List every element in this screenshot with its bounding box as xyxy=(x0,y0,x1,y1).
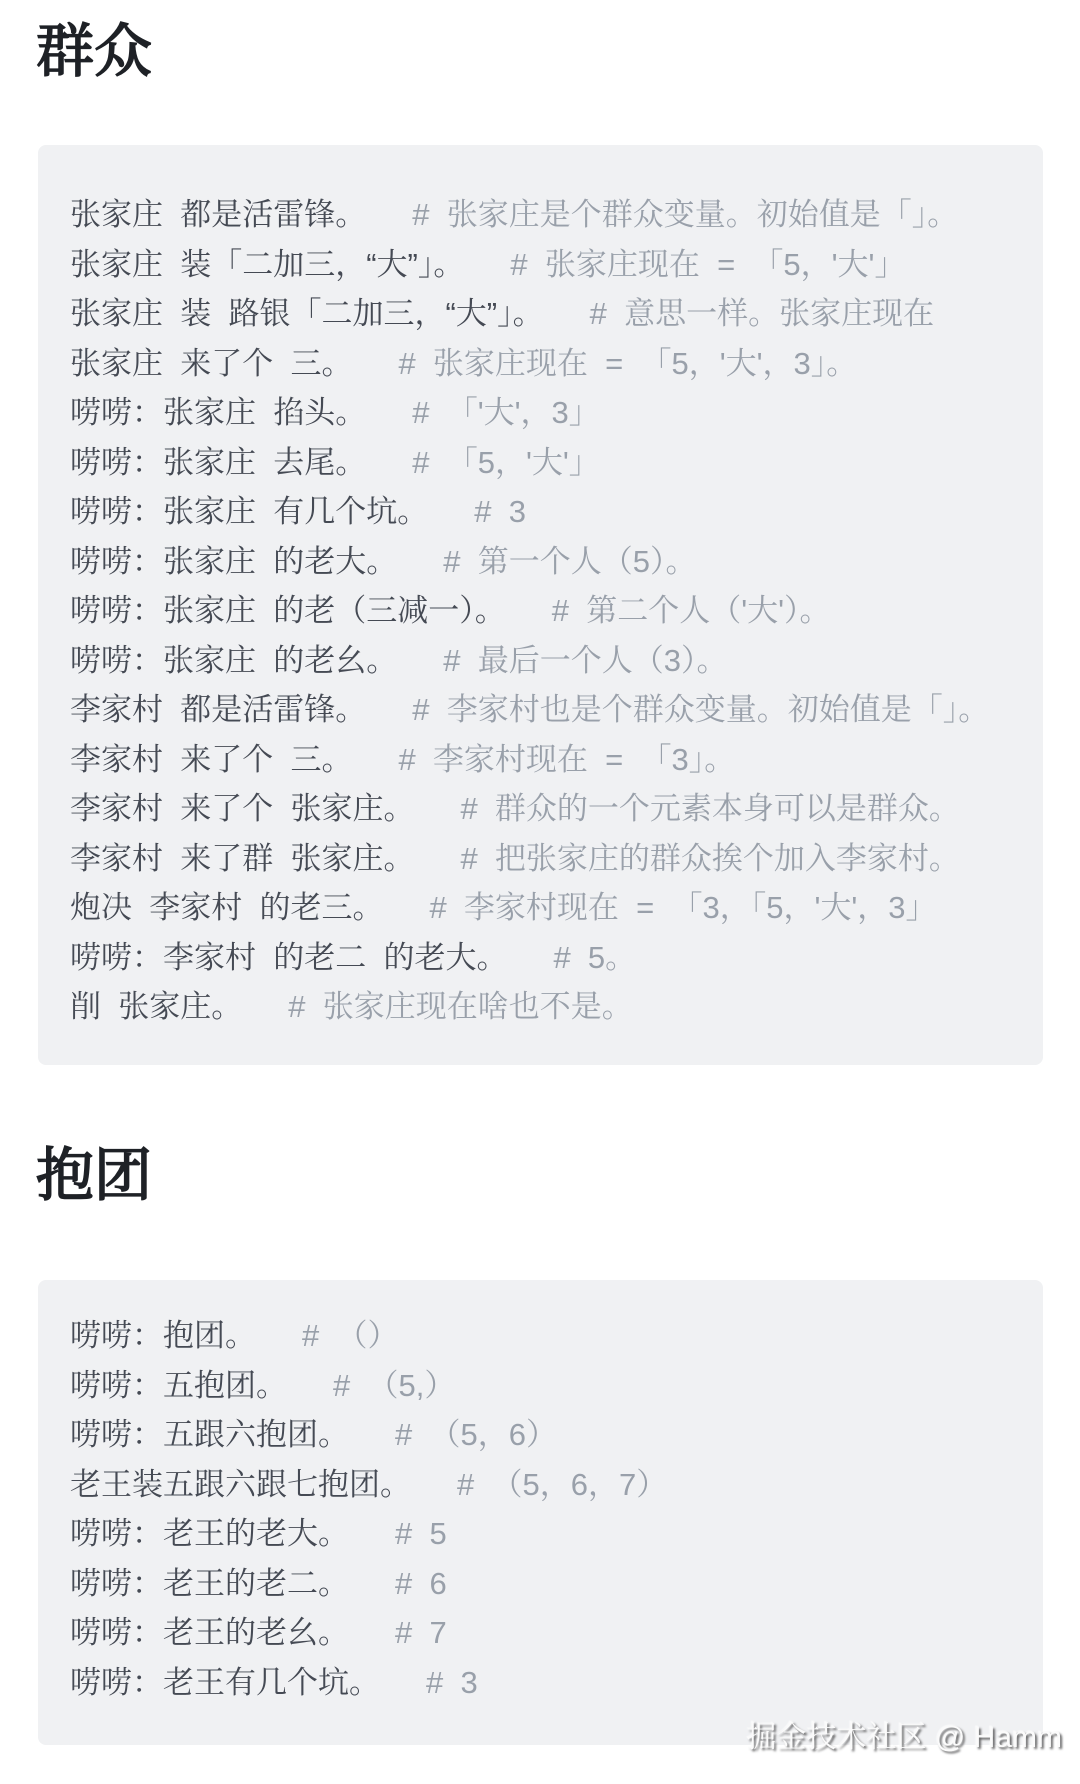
code-comment: # （5,） xyxy=(333,1368,455,1403)
code-comment: # 李家村也是个群众变量。初始值是「」。 xyxy=(412,692,989,727)
code-line: 李家村 都是活雷锋。# 李家村也是个群众变量。初始值是「」。 xyxy=(38,685,1043,735)
code-line: 老王装五跟六跟七抱团。# （5，6，7） xyxy=(38,1460,1043,1510)
code-statement: 唠唠：张家庄 的老大。 xyxy=(70,544,397,579)
code-statement: 唠唠：张家庄 去尾。 xyxy=(70,445,366,480)
code-statement: 张家庄 装 路银「二加三，“大”」。 xyxy=(70,296,544,331)
code-statement: 唠唠：李家村 的老二 的老大。 xyxy=(70,940,507,975)
code-statement: 老王装五跟六跟七抱团。 xyxy=(70,1467,411,1502)
code-statement: 唠唠：张家庄 的老（三减一）。 xyxy=(70,593,506,628)
code-statement: 削 张家庄。 xyxy=(70,989,242,1024)
code-line: 唠唠：张家庄 的老大。# 第一个人（5）。 xyxy=(38,537,1043,587)
code-comment: # 最后一个人（3）。 xyxy=(443,643,727,678)
code-comment: # 5。 xyxy=(553,940,636,975)
code-line: 唠唠：张家庄 掐头。# 「'大'，3」 xyxy=(38,388,1043,438)
code-line: 唠唠：老王的老大。# 5 xyxy=(38,1509,1043,1559)
code-block-qunzhong: 张家庄 都是活雷锋。# 张家庄是个群众变量。初始值是「」。张家庄 装「二加三，“… xyxy=(38,145,1043,1065)
code-line: 张家庄 装 路银「二加三，“大”」。# 意思一样。张家庄现在 xyxy=(38,289,1043,339)
code-line: 唠唠：抱团。# （） xyxy=(38,1311,1043,1361)
code-line: 张家庄 都是活雷锋。# 张家庄是个群众变量。初始值是「」。 xyxy=(38,190,1043,240)
code-comment: # 第一个人（5）。 xyxy=(443,544,696,579)
code-line: 唠唠：老王的老幺。# 7 xyxy=(38,1608,1043,1658)
code-comment: # 5 xyxy=(395,1516,447,1551)
code-comment: # 第二个人（'大'）。 xyxy=(552,593,831,628)
code-line: 唠唠：五跟六抱团。# （5，6） xyxy=(38,1410,1043,1460)
code-statement: 李家村 都是活雷锋。 xyxy=(70,692,366,727)
code-statement: 唠唠：抱团。 xyxy=(70,1318,256,1353)
code-comment: # 李家村现在 = 「3，「5，'大'，3」 xyxy=(429,890,936,925)
code-comment: # 「'大'，3」 xyxy=(412,395,600,430)
code-line: 李家村 来了个 张家庄。# 群众的一个元素本身可以是群众。 xyxy=(38,784,1043,834)
code-statement: 唠唠：张家庄 有几个坑。 xyxy=(70,494,428,529)
code-comment: # 3 xyxy=(474,494,526,529)
code-statement: 唠唠：五抱团。 xyxy=(70,1368,287,1403)
code-line: 李家村 来了个 三。# 李家村现在 = 「3」。 xyxy=(38,735,1043,785)
watermark: 掘金技术社区 @ Hamm xyxy=(747,1720,1062,1756)
code-comment: # 李家村现在 = 「3」。 xyxy=(398,742,735,777)
code-line: 唠唠：张家庄 去尾。# 「5，'大'」 xyxy=(38,438,1043,488)
code-line: 李家村 来了群 张家庄。# 把张家庄的群众挨个加入李家村。 xyxy=(38,834,1043,884)
code-line: 炮决 李家村 的老三。# 李家村现在 = 「3，「5，'大'，3」 xyxy=(38,883,1043,933)
code-line: 唠唠：老王有几个坑。# 3 xyxy=(38,1658,1043,1708)
code-statement: 唠唠：张家庄 掐头。 xyxy=(70,395,366,430)
code-line: 张家庄 装「二加三，“大”」。# 张家庄现在 = 「5，'大'」 xyxy=(38,240,1043,290)
code-statement: 张家庄 装「二加三，“大”」。 xyxy=(70,247,464,282)
code-line: 唠唠：老王的老二。# 6 xyxy=(38,1559,1043,1609)
section-title-baotuan: 抱团 xyxy=(36,1144,152,1208)
code-statement: 唠唠：老王的老大。 xyxy=(70,1516,349,1551)
code-comment: # 「5，'大'」 xyxy=(412,445,600,480)
code-statement: 李家村 来了个 三。 xyxy=(70,742,352,777)
section-title-qunzhong: 群众 xyxy=(36,20,152,84)
code-comment: # 把张家庄的群众挨个加入李家村。 xyxy=(460,841,959,876)
code-statement: 唠唠：老王的老二。 xyxy=(70,1566,349,1601)
code-statement: 炮决 李家村 的老三。 xyxy=(70,890,383,925)
code-line: 唠唠：张家庄 的老（三减一）。# 第二个人（'大'）。 xyxy=(38,586,1043,636)
code-statement: 李家村 来了群 张家庄。 xyxy=(70,841,414,876)
code-line: 削 张家庄。# 张家庄现在啥也不是。 xyxy=(38,982,1043,1032)
code-statement: 唠唠：老王的老幺。 xyxy=(70,1615,349,1650)
code-comment: # 张家庄现在 = 「5，'大'，3」。 xyxy=(398,346,857,381)
code-comment: # 张家庄现在啥也不是。 xyxy=(288,989,632,1024)
code-comment: # 7 xyxy=(395,1615,447,1650)
code-statement: 张家庄 来了个 三。 xyxy=(70,346,352,381)
code-line: 唠唠：李家村 的老二 的老大。# 5。 xyxy=(38,933,1043,983)
code-statement: 张家庄 都是活雷锋。 xyxy=(70,197,366,232)
code-statement: 唠唠：张家庄 的老幺。 xyxy=(70,643,397,678)
code-statement: 李家村 来了个 张家庄。 xyxy=(70,791,414,826)
code-statement: 唠唠：五跟六抱团。 xyxy=(70,1417,349,1452)
code-comment: # （5，6） xyxy=(395,1417,557,1452)
code-line: 张家庄 来了个 三。# 张家庄现在 = 「5，'大'，3」。 xyxy=(38,339,1043,389)
code-comment: # 张家庄现在 = 「5，'大'」 xyxy=(510,247,905,282)
code-comment: # 6 xyxy=(395,1566,447,1601)
code-line: 唠唠：张家庄 有几个坑。# 3 xyxy=(38,487,1043,537)
code-line: 唠唠：五抱团。# （5,） xyxy=(38,1361,1043,1411)
code-comment: # 3 xyxy=(426,1665,478,1700)
code-block-baotuan: 唠唠：抱团。# （）唠唠：五抱团。# （5,）唠唠：五跟六抱团。# （5，6）老… xyxy=(38,1280,1043,1745)
code-comment: # 意思一样。张家庄现在 xyxy=(590,296,934,331)
code-comment: # 群众的一个元素本身可以是群众。 xyxy=(460,791,959,826)
code-comment: # 张家庄是个群众变量。初始值是「」。 xyxy=(412,197,958,232)
code-comment: # （5，6，7） xyxy=(457,1467,667,1502)
code-comment: # （） xyxy=(302,1318,398,1353)
code-line: 唠唠：张家庄 的老幺。# 最后一个人（3）。 xyxy=(38,636,1043,686)
code-statement: 唠唠：老王有几个坑。 xyxy=(70,1665,380,1700)
